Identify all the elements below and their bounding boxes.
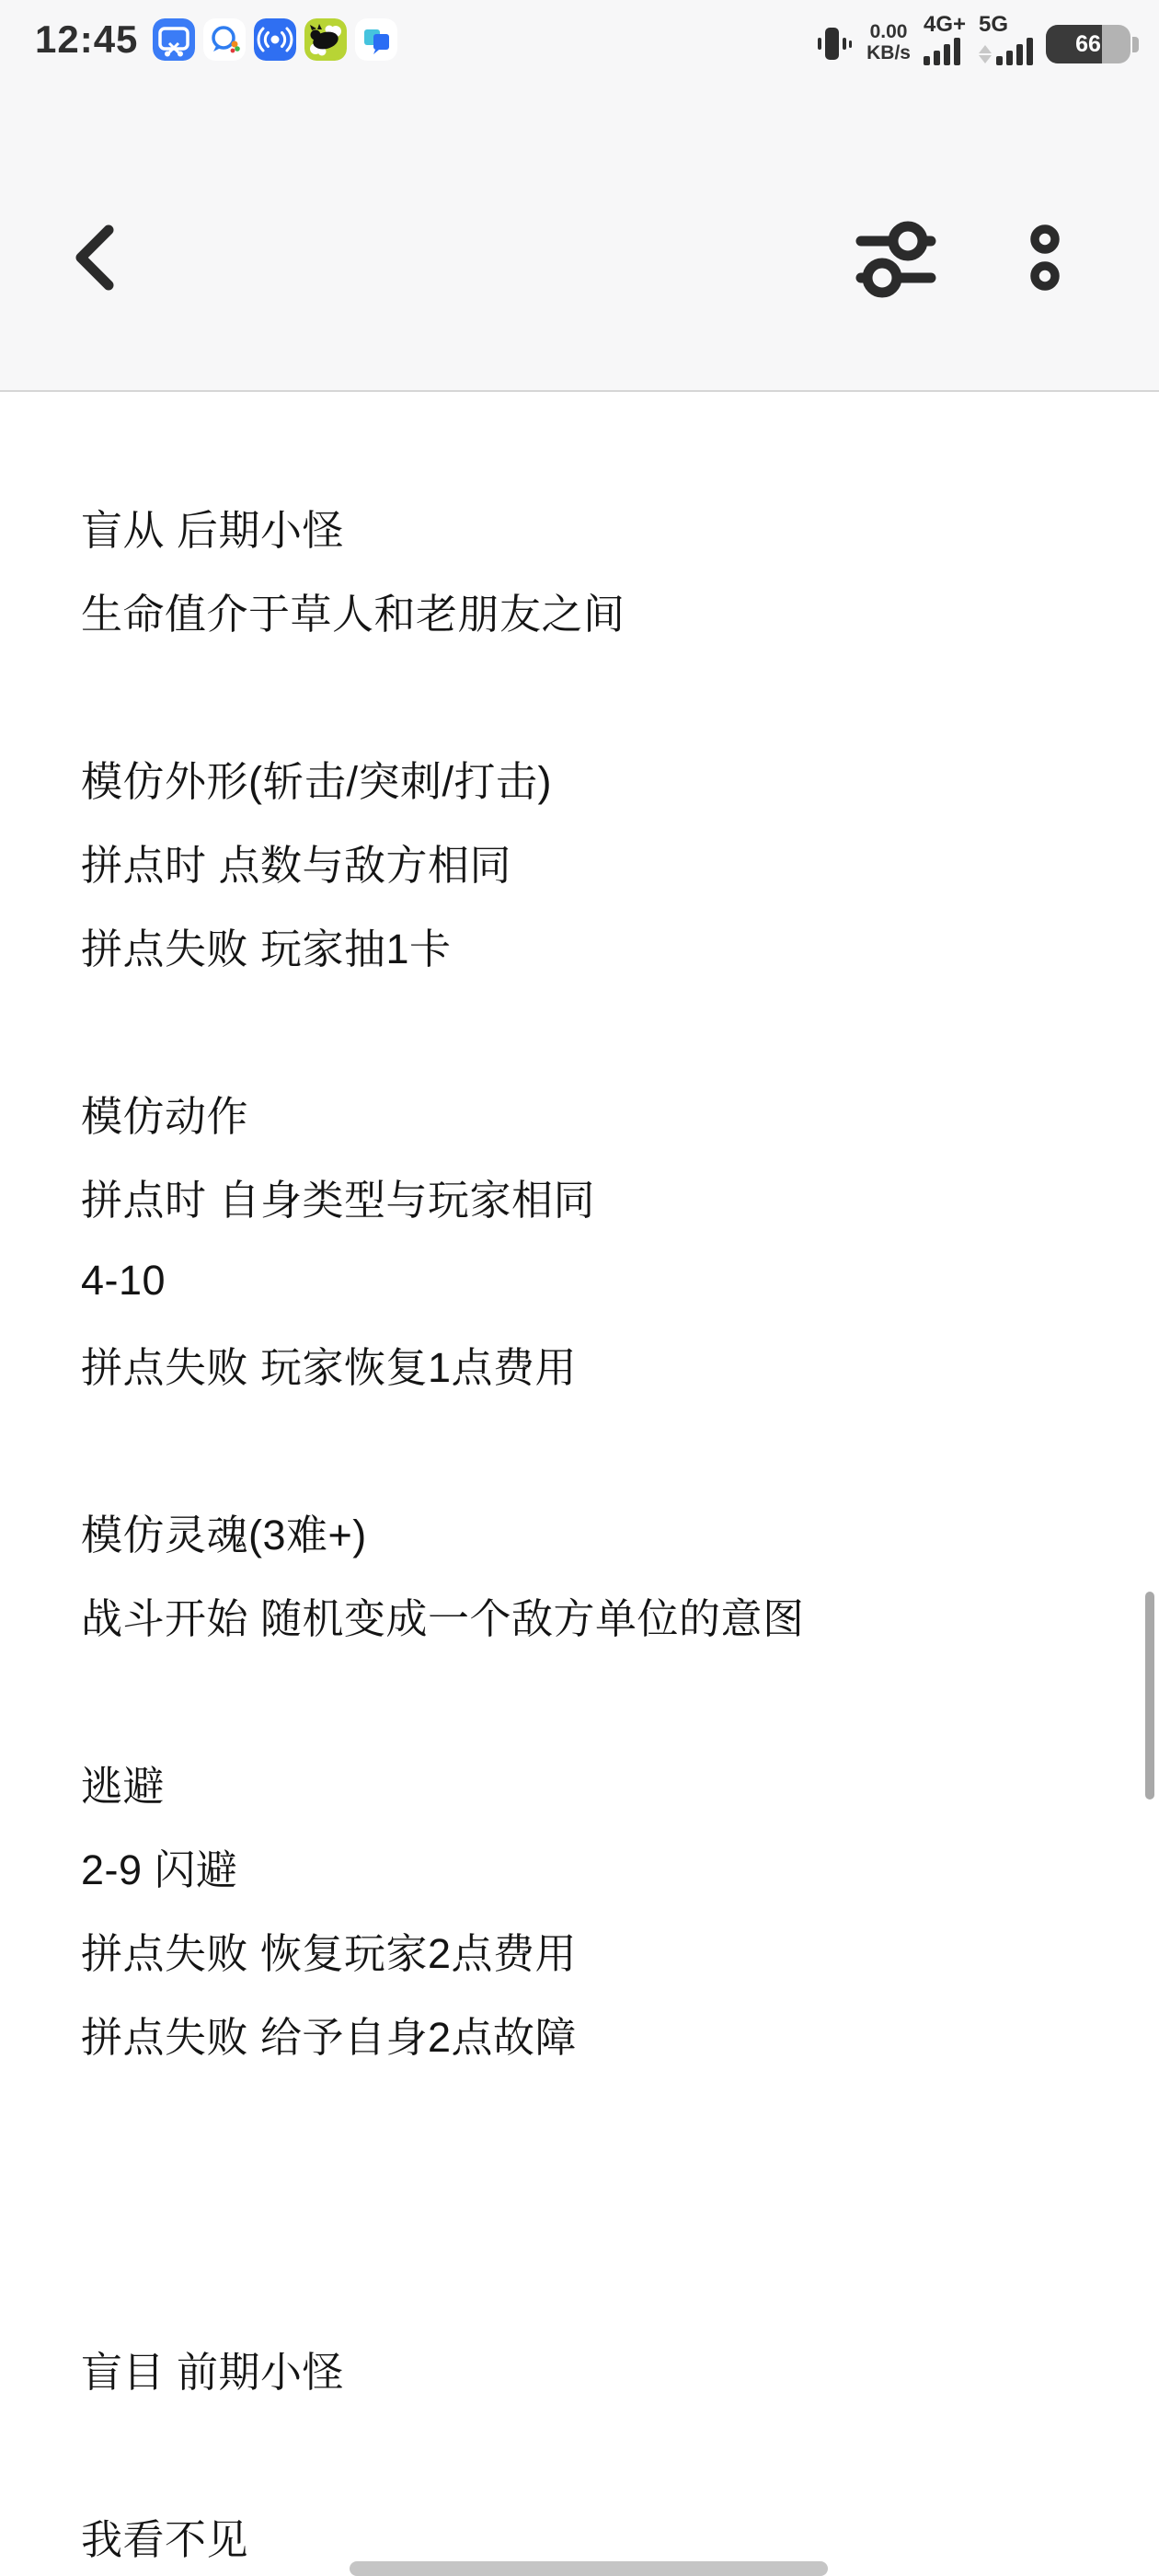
screenshot-clip-icon xyxy=(153,18,195,61)
battery-nub xyxy=(1132,37,1139,52)
sim1-signal-bars xyxy=(924,38,960,65)
note-line: 拼点时 点数与敌方相同 xyxy=(81,820,1122,903)
sim2-signal-bars xyxy=(996,38,1033,65)
network-speed-unit: KB/s xyxy=(866,42,911,63)
tune-sliders-icon xyxy=(852,217,940,300)
note-line: 拼点失败 玩家抽1卡 xyxy=(81,903,1122,987)
header: 12:45 xyxy=(0,0,1159,392)
note-line xyxy=(81,652,1122,736)
note-line: 2-9 闪避 xyxy=(81,1824,1122,1908)
sim1-network-type: 4G+ xyxy=(924,14,966,36)
note-line xyxy=(81,1657,1122,1741)
more-options-button[interactable] xyxy=(1017,223,1073,294)
note-line: 生命值介于草人和老朋友之间 xyxy=(81,569,1122,652)
clock: 12:45 xyxy=(35,17,138,62)
translate-chat-icon xyxy=(355,18,397,61)
note-line: 战斗开始 随机变成一个敌方单位的意图 xyxy=(81,1573,1122,1657)
note-line: 拼点失败 恢复玩家2点费用 xyxy=(81,1908,1122,1992)
note-line xyxy=(81,2076,1122,2159)
note-line: 4-10 xyxy=(81,1238,1122,1322)
vibrate-icon xyxy=(811,23,854,65)
data-activity-arrows xyxy=(979,45,992,65)
gesture-navigation-pill[interactable] xyxy=(350,2561,828,2576)
note-line: 盲从 后期小怪 xyxy=(81,485,1122,569)
live-broadcast-icon xyxy=(254,18,296,61)
note-line: 模仿外形(斩击/突刺/打击) xyxy=(81,736,1122,820)
network-speed-value: 0.00 xyxy=(866,21,911,42)
note-line: 盲目 前期小怪 xyxy=(81,2327,1122,2410)
network-speed: 0.00 KB/s xyxy=(866,21,911,65)
tune-button[interactable] xyxy=(852,217,940,300)
note-line xyxy=(81,2243,1122,2327)
sim2-network-type: 5G xyxy=(979,14,1008,36)
back-chevron-icon xyxy=(66,219,125,296)
chat-bubble-icon xyxy=(203,18,246,61)
game-app-icon xyxy=(304,18,347,61)
status-bar: 12:45 xyxy=(35,9,1139,70)
back-button[interactable] xyxy=(66,219,125,296)
note-line: 拼点失败 玩家恢复1点费用 xyxy=(81,1322,1122,1406)
note-line xyxy=(81,2159,1122,2243)
note-line: 模仿动作 xyxy=(81,1071,1122,1155)
scrollbar-thumb[interactable] xyxy=(1145,1592,1154,1800)
notification-icons xyxy=(153,18,397,61)
note-content[interactable]: 盲从 后期小怪生命值介于草人和老朋友之间模仿外形(斩击/突刺/打击)拼点时 点数… xyxy=(0,394,1159,2576)
note-line: 逃避 xyxy=(81,1741,1122,1824)
note-line: 拼点时 自身类型与玩家相同 xyxy=(81,1155,1122,1238)
battery-indicator: 66 xyxy=(1046,25,1139,65)
more-options-icon xyxy=(1017,223,1073,294)
battery-icon: 66 xyxy=(1046,25,1130,63)
note-line: 模仿灵魂(3难+) xyxy=(81,1489,1122,1573)
note-line: 拼点失败 给予自身2点故障 xyxy=(81,1992,1122,2076)
note-line xyxy=(81,987,1122,1071)
screen: 12:45 xyxy=(0,0,1159,2576)
sim1-signal: 4G+ xyxy=(924,14,966,65)
battery-percent: 66 xyxy=(1046,25,1130,63)
note-line xyxy=(81,2410,1122,2494)
sim2-signal: 5G xyxy=(979,14,1033,65)
note-line xyxy=(81,1406,1122,1489)
